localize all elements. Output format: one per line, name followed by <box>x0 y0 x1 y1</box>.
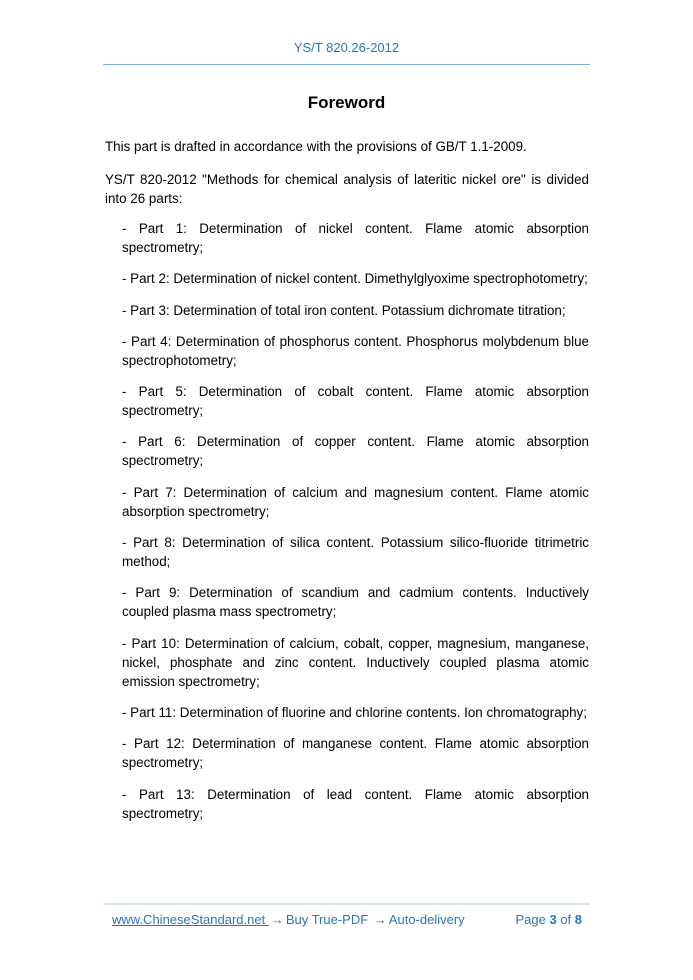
list-item: - Part 1: Determination of nickel conten… <box>122 219 589 257</box>
buy-true-pdf-text: Buy True-PDF <box>286 912 368 927</box>
header-standard-code: YS/T 820.26-2012 <box>0 40 693 55</box>
list-item: - Part 8: Determination of silica conten… <box>122 533 589 571</box>
of-label: of <box>560 912 571 927</box>
parts-list: - Part 1: Determination of nickel conten… <box>122 219 589 835</box>
list-item: - Part 5: Determination of cobalt conten… <box>122 382 589 420</box>
arrow-right-icon: → <box>269 912 286 927</box>
current-page: 3 <box>549 912 556 927</box>
list-item: - Part 4: Determination of phosphorus co… <box>122 332 589 370</box>
list-item: - Part 3: Determination of total iron co… <box>122 301 589 320</box>
footer-divider <box>103 903 590 905</box>
list-item: - Part 13: Determination of lead content… <box>122 785 589 823</box>
list-item: - Part 9: Determination of scandium and … <box>122 583 589 621</box>
list-item: - Part 7: Determination of calcium and m… <box>122 483 589 521</box>
document-page: YS/T 820.26-2012 Foreword This part is d… <box>0 0 693 980</box>
page-label: Page <box>515 912 545 927</box>
chinesestandard-link[interactable]: www.ChineseStandard.net <box>112 912 269 927</box>
auto-delivery-text: Auto-delivery <box>389 912 465 927</box>
intro-paragraph: YS/T 820-2012 "Methods for chemical anal… <box>105 170 589 208</box>
page-number: Page 3 of 8 <box>515 912 582 927</box>
list-item: - Part 11: Determination of fluorine and… <box>122 703 589 722</box>
list-item: - Part 12: Determination of manganese co… <box>122 734 589 772</box>
arrow-right-icon: → <box>372 912 389 927</box>
page-title: Foreword <box>0 93 693 113</box>
intro-paragraph: This part is drafted in accordance with … <box>105 137 589 156</box>
page-footer: www.ChineseStandard.net →Buy True-PDF →A… <box>112 912 582 927</box>
list-item: - Part 2: Determination of nickel conten… <box>122 269 589 288</box>
list-item: - Part 10: Determination of calcium, cob… <box>122 634 589 691</box>
total-pages: 8 <box>575 912 582 927</box>
list-item: - Part 6: Determination of copper conten… <box>122 432 589 470</box>
header-divider <box>103 64 590 65</box>
